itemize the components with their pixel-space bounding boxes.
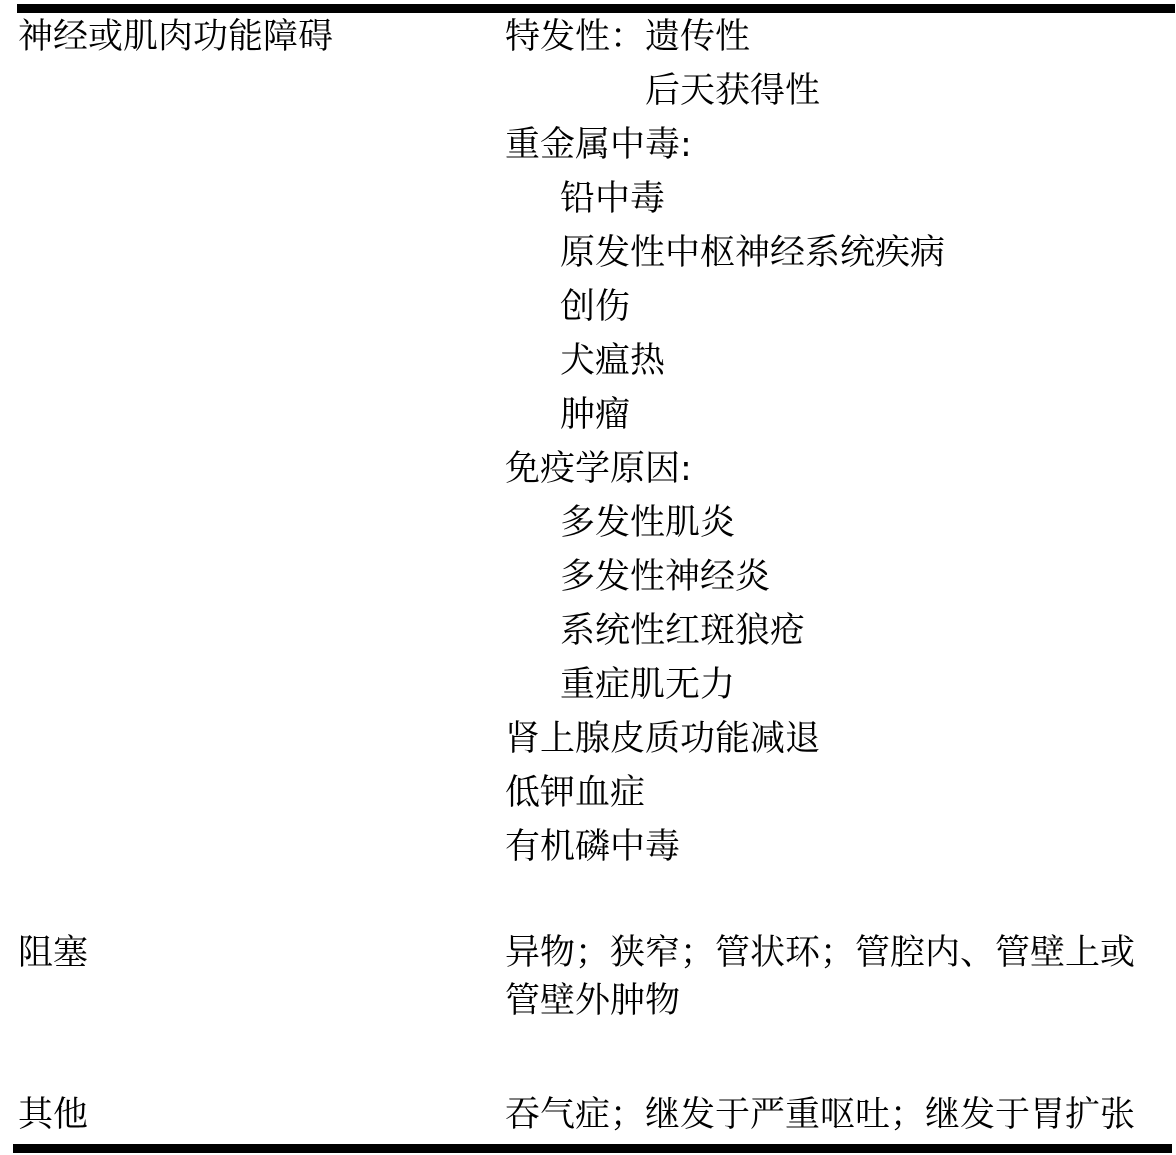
cause-line: 吞气症；继发于严重呕吐；继发于胃扩张 xyxy=(505,1091,1176,1139)
causes-list-obstruction: 异物；狭窄；管状环；管腔内、管壁上或管壁外肿物 xyxy=(505,929,1160,1025)
causes-list-other: 吞气症；继发于严重呕吐；继发于胃扩张 xyxy=(505,1091,1176,1139)
cause-line: 后天获得性 xyxy=(645,64,1176,118)
cause-line: 异物；狭窄；管状环；管腔内、管壁上或管壁外肿物 xyxy=(505,929,1160,1025)
cause-line: 多发性肌炎 xyxy=(560,496,1176,550)
causes-list-neuromuscular: 特发性：遗传性 后天获得性 重金属中毒: 铅中毒 原发性中枢神经系统疾病 创伤 … xyxy=(505,10,1176,874)
cause-line: 重症肌无力 xyxy=(560,658,1176,712)
category-label-obstruction: 阻塞 xyxy=(18,929,505,977)
table-row-obstruction: 阻塞 异物；狭窄；管状环；管腔内、管壁上或管壁外肿物 xyxy=(18,929,1176,1025)
cause-line: 原发性中枢神经系统疾病 xyxy=(560,226,1176,280)
cause-line: 犬瘟热 xyxy=(560,334,1176,388)
cause-line: 肿瘤 xyxy=(560,388,1176,442)
cause-line: 有机磷中毒 xyxy=(505,820,1176,874)
cause-line: 多发性神经炎 xyxy=(560,550,1176,604)
cause-line: 肾上腺皮质功能减退 xyxy=(505,712,1176,766)
cause-line: 重金属中毒: xyxy=(505,118,1176,172)
category-label-neuromuscular: 神经或肌肉功能障碍 xyxy=(18,10,505,64)
book-page: 神经或肌肉功能障碍 特发性：遗传性 后天获得性 重金属中毒: 铅中毒 原发性中枢… xyxy=(0,0,1176,1155)
cause-line: 免疫学原因: xyxy=(505,442,1176,496)
etiology-table: 神经或肌肉功能障碍 特发性：遗传性 后天获得性 重金属中毒: 铅中毒 原发性中枢… xyxy=(18,10,1176,1139)
table-bottom-rule xyxy=(13,1144,1172,1153)
table-row-neuromuscular: 神经或肌肉功能障碍 特发性：遗传性 后天获得性 重金属中毒: 铅中毒 原发性中枢… xyxy=(18,10,1176,874)
category-label-other: 其他 xyxy=(18,1091,505,1139)
cause-line: 系统性红斑狼疮 xyxy=(560,604,1176,658)
cause-line: 特发性：遗传性 xyxy=(505,10,1176,64)
cause-line: 低钾血症 xyxy=(505,766,1176,820)
cause-line: 铅中毒 xyxy=(560,172,1176,226)
table-row-other: 其他 吞气症；继发于严重呕吐；继发于胃扩张 xyxy=(18,1091,1176,1139)
cause-line: 创伤 xyxy=(560,280,1176,334)
